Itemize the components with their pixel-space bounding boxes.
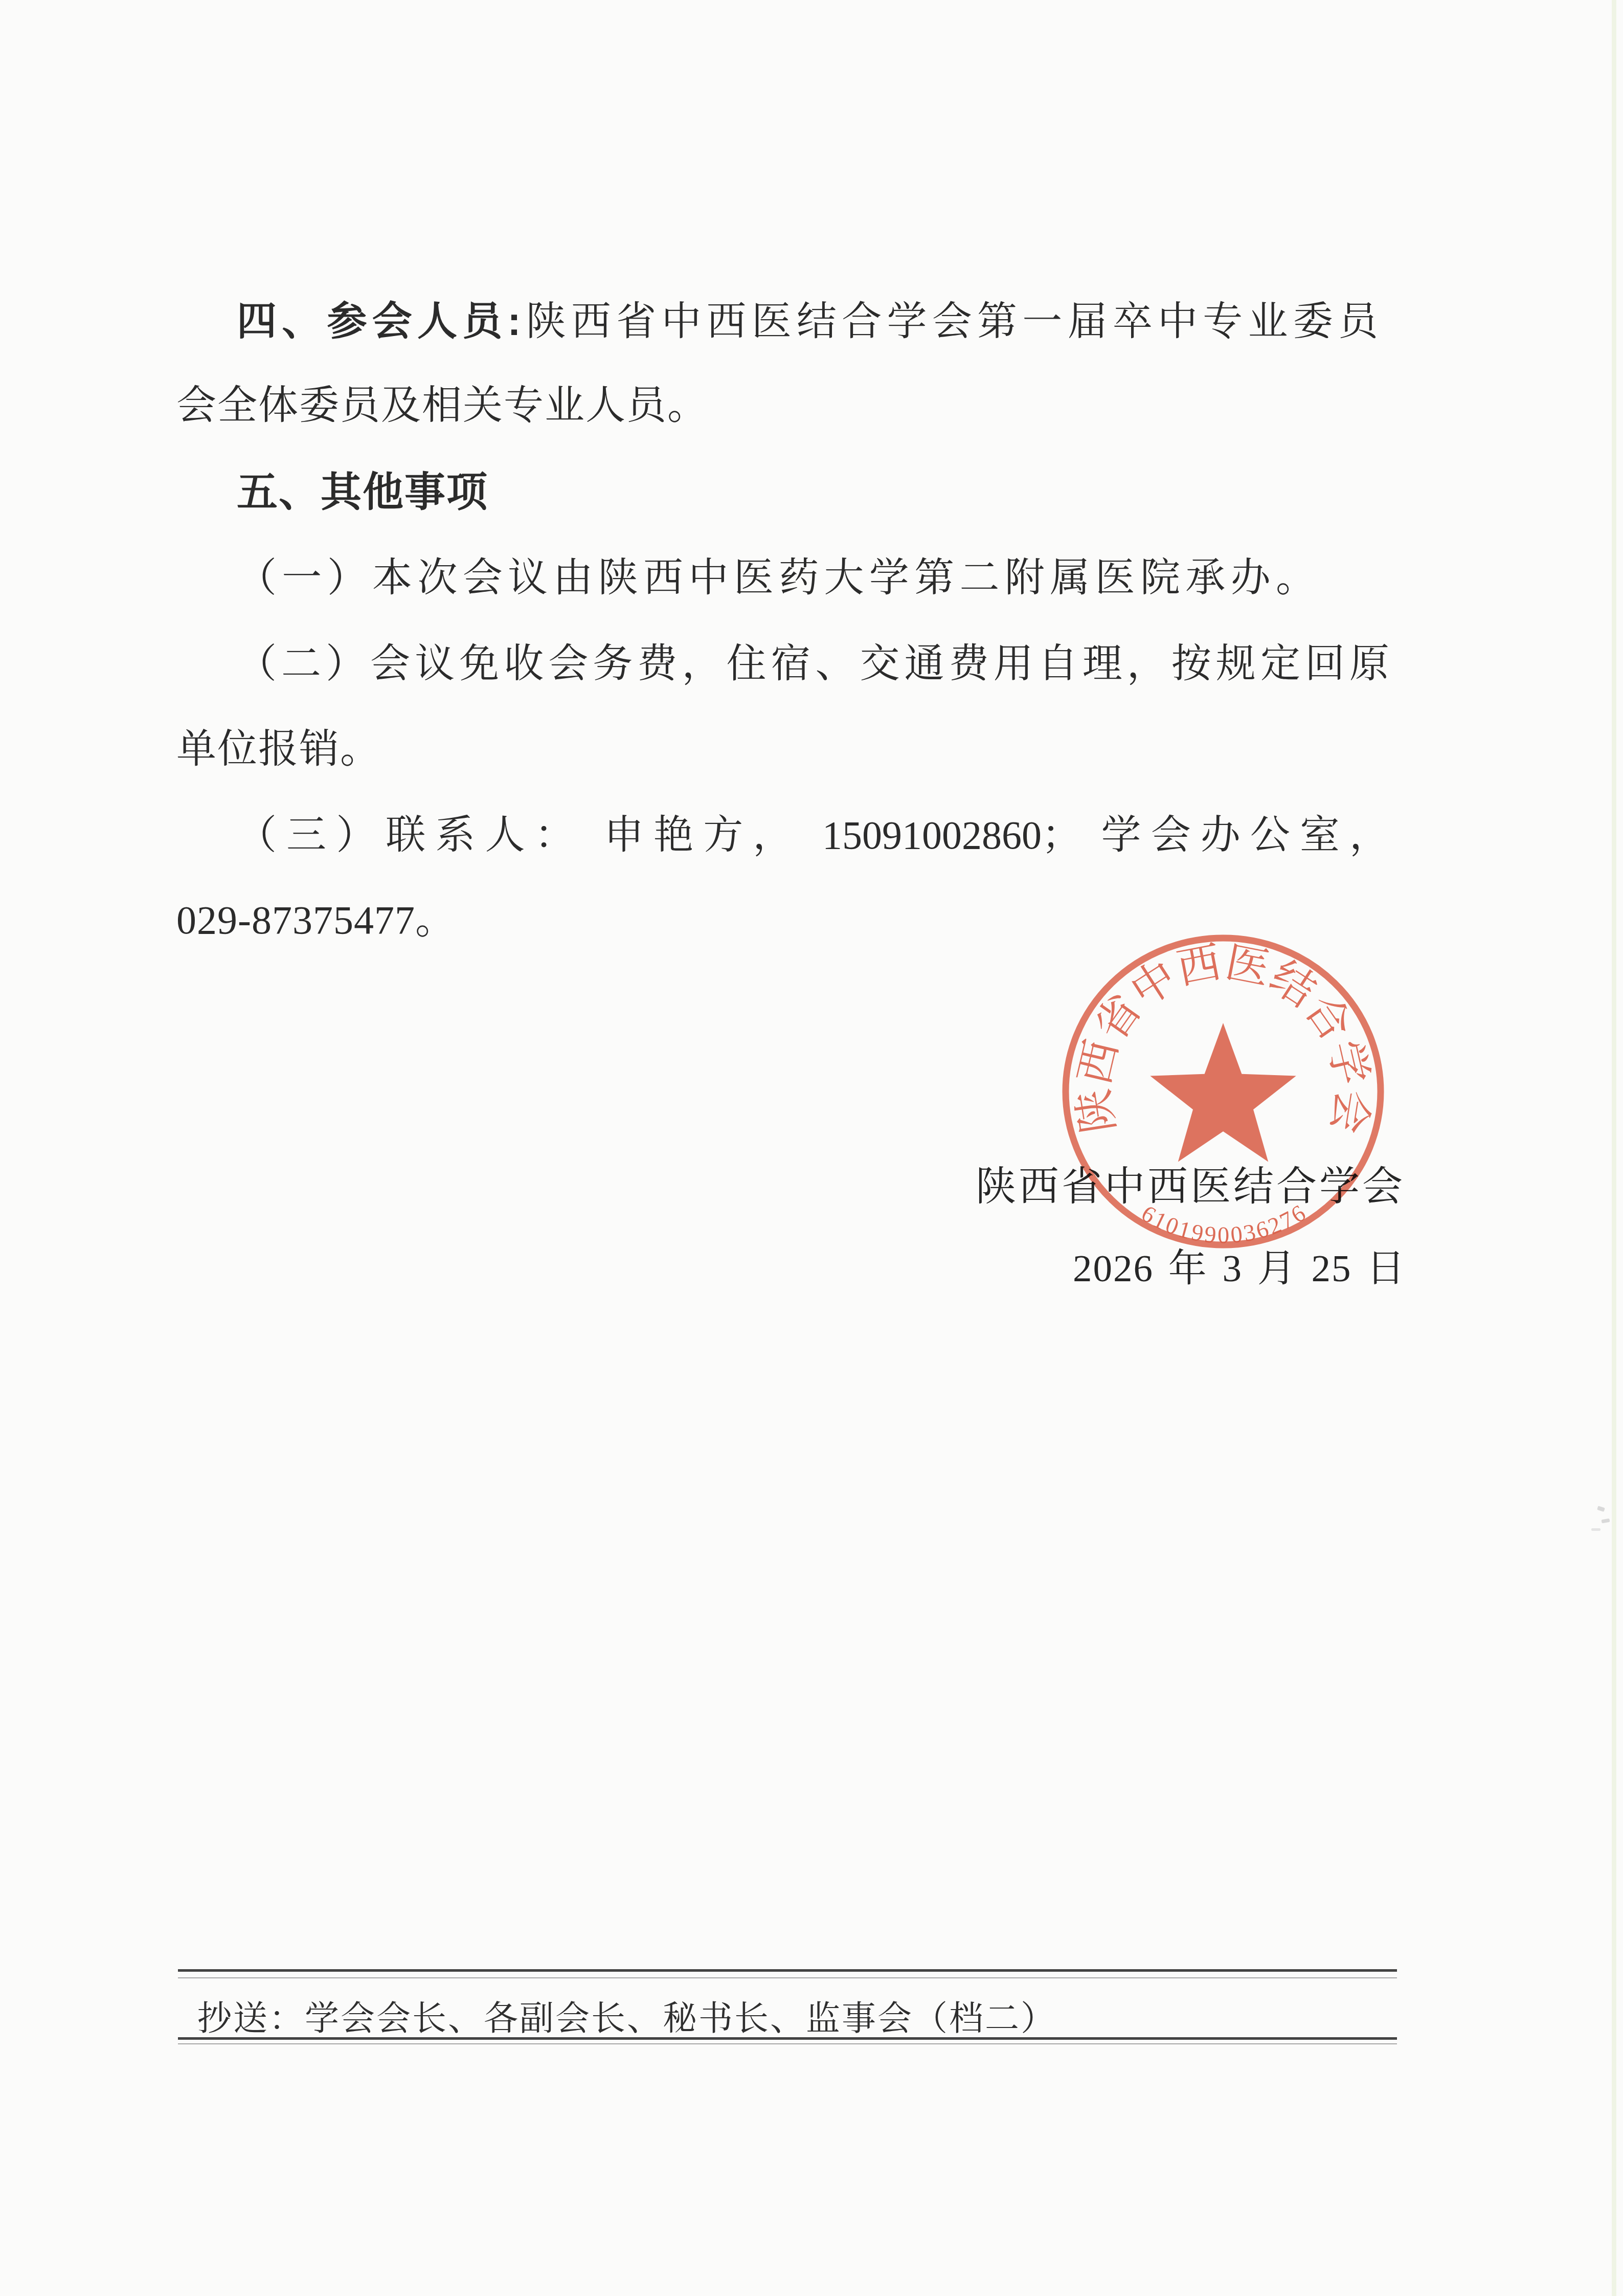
footer-cc-line: 抄送：学会会长、各副会长、秘书长、监事会（档二）: [197, 1991, 1056, 2040]
footer-rule-bottom-ghost: [178, 2043, 1397, 2044]
body-line-item-2-cont: 单位报销。: [176, 726, 381, 772]
footer-rule-bottom: [178, 2037, 1397, 2040]
scanned-document-page: { "page": { "background": "#fbfbfa", "te…: [0, 0, 1623, 2296]
official-seal-stamp: 陕西省中西医结合学会 6101990036276: [1038, 899, 1411, 1278]
body-line-item-1: （一）本次会议由陕西中医药大学第二附属医院承办。: [237, 555, 1316, 601]
seal-registration-number: 6101990036276: [1137, 1198, 1312, 1248]
body-line-participants-cont: 会全体委员及相关专业人员。: [176, 383, 708, 429]
scan-edge-artifact: [1612, 0, 1616, 2296]
section-5-heading: 五、其他事项: [237, 469, 488, 516]
body-line-item-3: （三）联系人： 申艳方， 15091002860； 学会办公室，: [237, 812, 1389, 858]
scan-smudge-artifact: [1584, 1506, 1608, 1535]
seal-number-wrap: 6101990036276: [1137, 1198, 1312, 1248]
document-page: 四、参会人员:陕西省中西医结合学会第一届卒中专业委员 会全体委员及相关专业人员。…: [0, 0, 1623, 2296]
footer-rule-top: [178, 1969, 1397, 1972]
section-4-heading: 四、参会人员:: [237, 299, 521, 344]
body-line-item-2: （二）会议免收会务费，住宿、交通费用自理，按规定回原: [237, 641, 1389, 687]
section-4-text: 陕西省中西医结合学会第一届卒中专业委员: [521, 299, 1378, 344]
body-line-phone: 029-87375477。: [176, 897, 456, 943]
seal-star-icon: [1150, 1023, 1296, 1162]
footer-rule-top-ghost: [178, 1977, 1397, 1978]
body-line-participants: 四、参会人员:陕西省中西医结合学会第一届卒中专业委员: [237, 298, 1378, 345]
